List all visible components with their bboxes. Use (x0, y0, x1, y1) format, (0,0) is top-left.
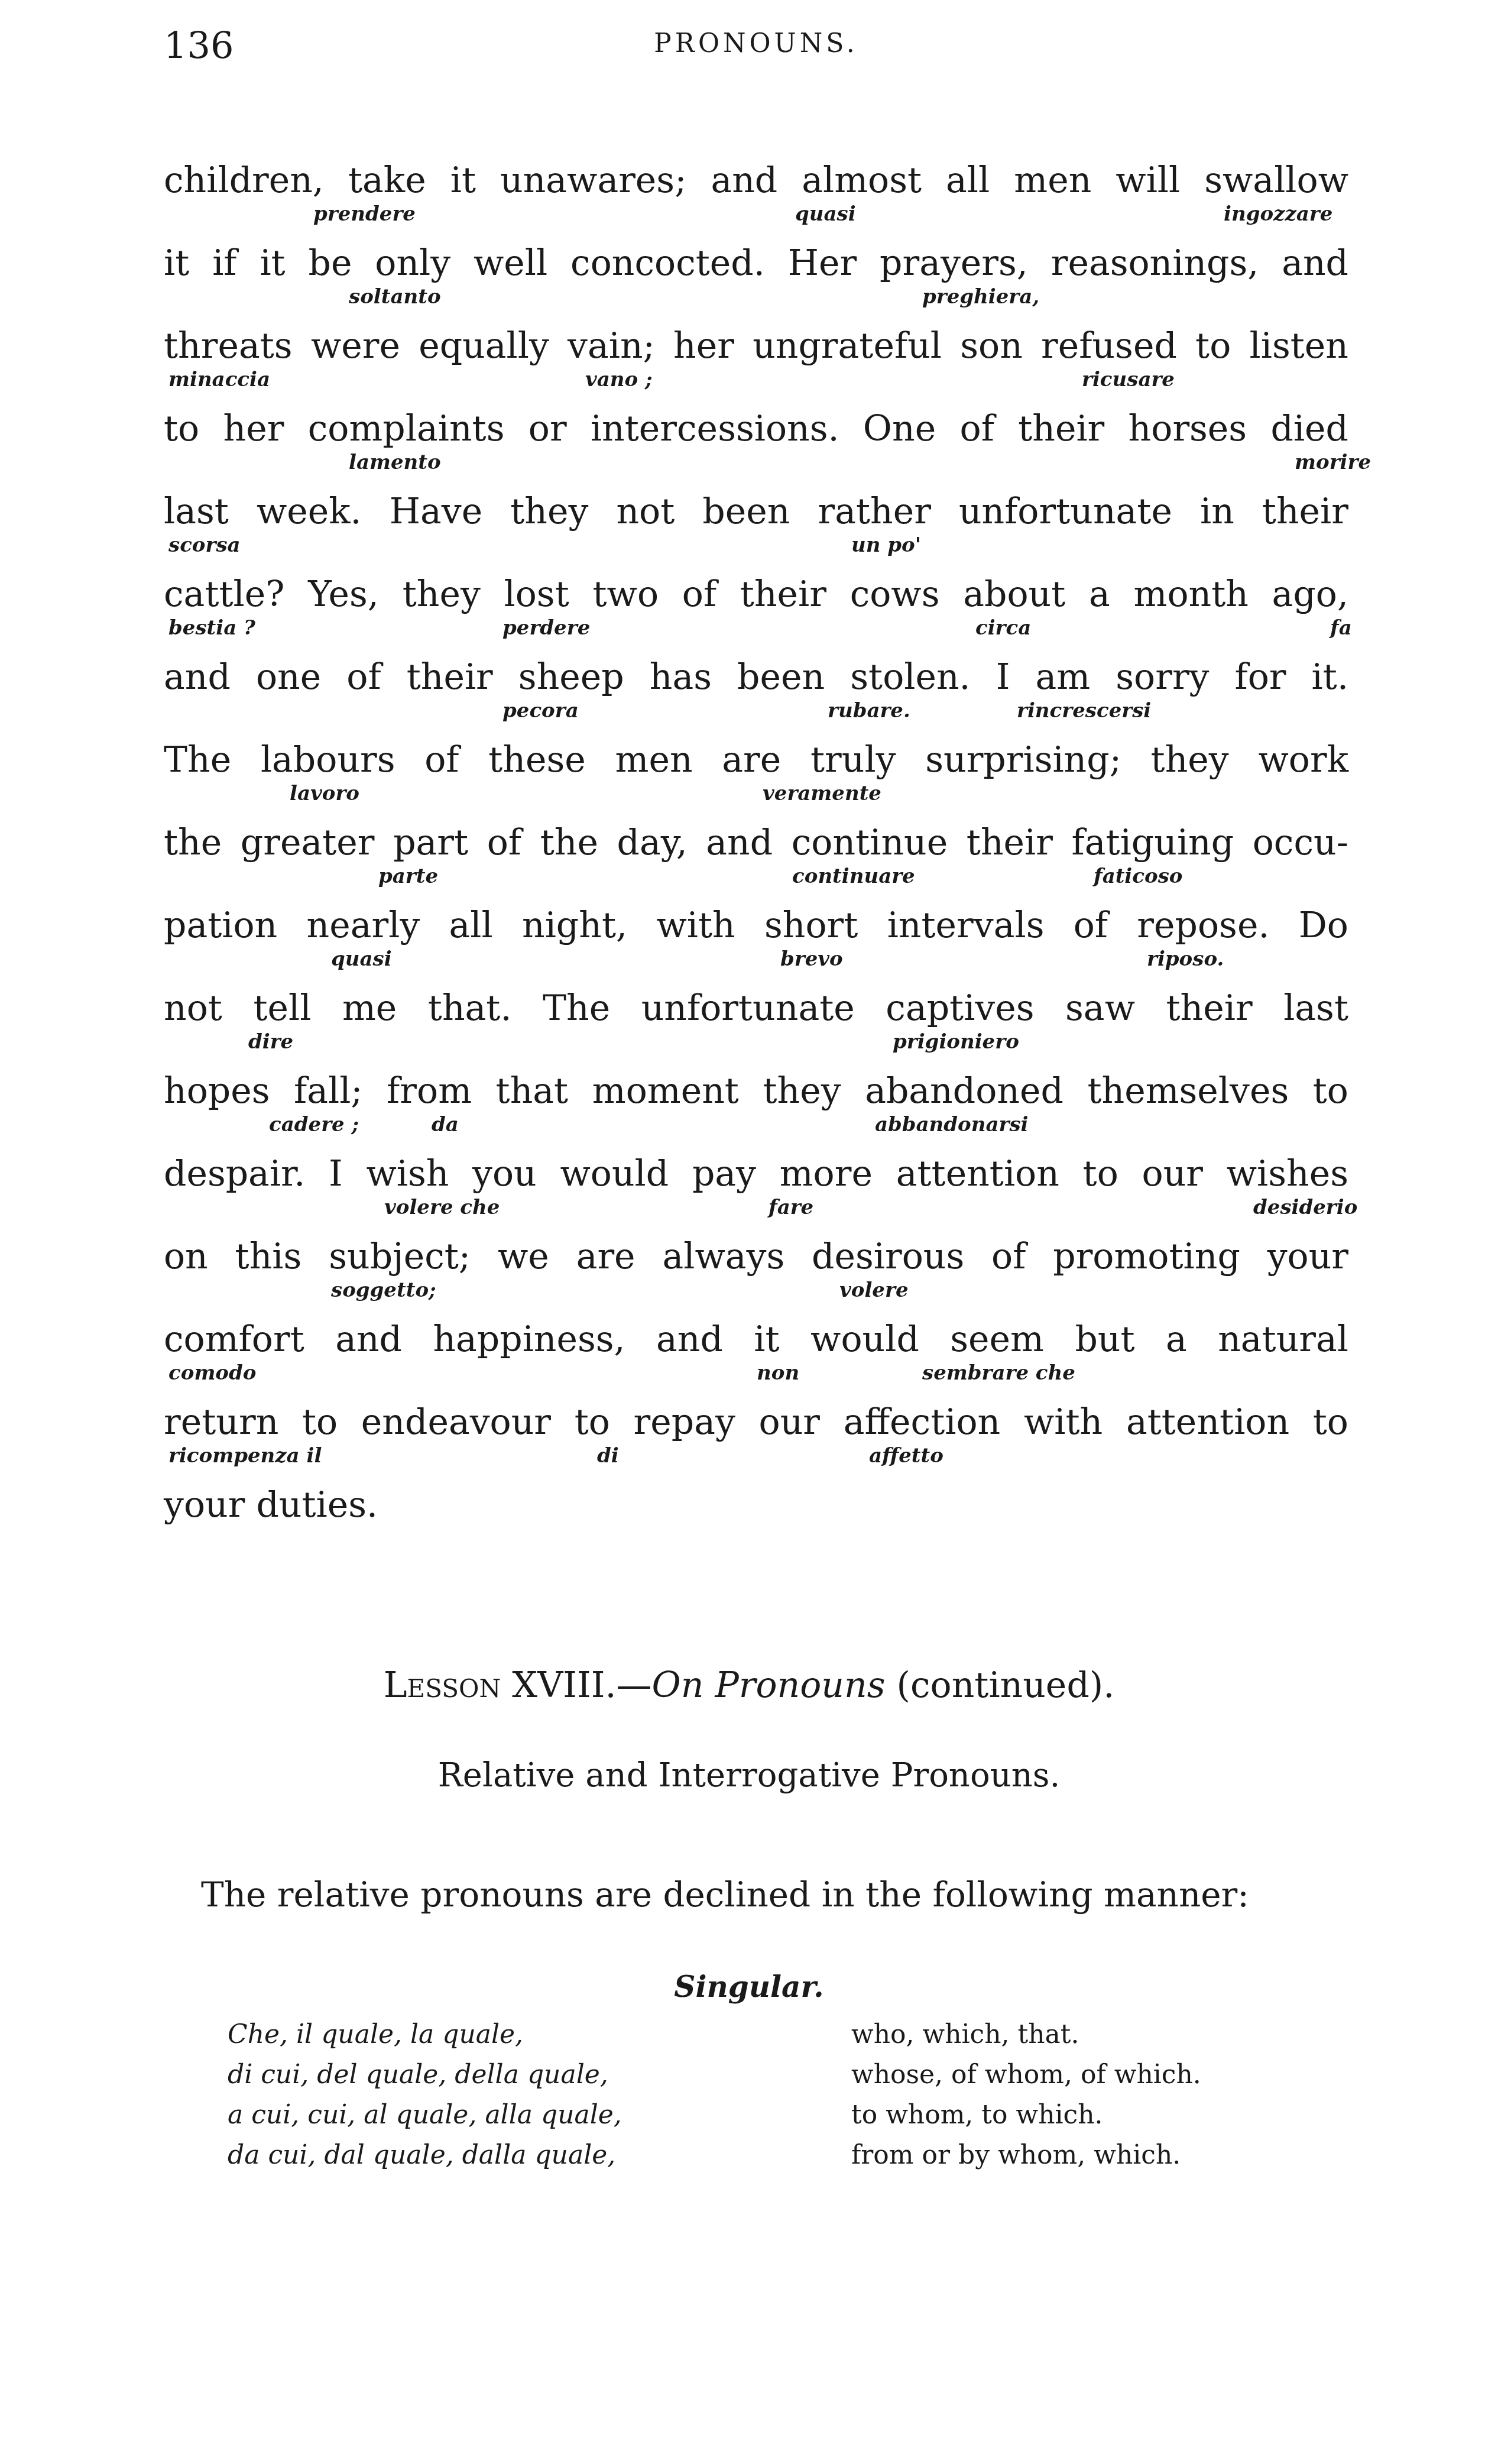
exercise-line: children, take it unawares; and almost a… (164, 160, 1348, 201)
italian-gloss: lamento (349, 451, 441, 474)
italian-gloss: un po' (851, 533, 921, 557)
italian-gloss: soltanto (349, 285, 441, 309)
subheading: Relative and Interrogative Pronouns. (0, 1756, 1498, 1795)
running-header: 136 PRONOUNS. (164, 24, 1348, 71)
italian-gloss: prendere (313, 202, 416, 226)
exercise-line: comfort and happiness, and it would seem… (164, 1319, 1348, 1360)
exercise-line: threats were equally vain; her ungratefu… (164, 325, 1348, 367)
italian-gloss: non (757, 1361, 799, 1385)
exercise-line: on this subject; we are always desirous … (164, 1236, 1348, 1277)
lesson-number: XVIII.— (512, 1665, 651, 1706)
italian-gloss: parte (378, 864, 438, 888)
italian-gloss: bestia ? (168, 616, 255, 640)
italian-gloss: sembrare che (922, 1361, 1075, 1385)
lesson-topic: On Pronouns (652, 1665, 886, 1706)
exercise-line: not tell me that. The unfortunate captiv… (164, 987, 1348, 1029)
italian-gloss: vano ; (585, 368, 653, 391)
italian-gloss: da (432, 1113, 459, 1137)
italian-gloss: fa (1330, 616, 1352, 640)
italian-gloss: fare (769, 1196, 813, 1219)
italian-gloss: lavoro (290, 782, 359, 805)
italian-gloss: veramente (763, 782, 881, 805)
italian-gloss: quasi (795, 202, 856, 226)
italian-gloss: rincrescersi (1017, 699, 1151, 723)
italian-gloss: pecora (502, 699, 579, 723)
italian-gloss: faticoso (1094, 864, 1182, 888)
italian-gloss: brevo (780, 947, 843, 971)
italian-gloss: riposo. (1147, 947, 1224, 971)
exercise-line: and one of their sheep has been stolen. … (164, 656, 1348, 698)
exercise-line: despair. I wish you would pay more atten… (164, 1153, 1348, 1194)
exercise-line: pation nearly all night, with short inte… (164, 905, 1348, 946)
english-meaning: who, which, that. (851, 2019, 1079, 2049)
italian-gloss: ricompenza il (168, 1444, 322, 1468)
italian-gloss: preghiera, (922, 285, 1039, 309)
italian-gloss: dire (248, 1030, 293, 1054)
italian-gloss: quasi (331, 947, 392, 971)
exercise-line: to her complaints or intercessions. One … (164, 408, 1348, 449)
italian-gloss: di (597, 1444, 619, 1468)
italian-gloss: ricusare (1082, 368, 1175, 391)
exercise-line: it if it be only well concocted. Her pra… (164, 242, 1348, 284)
section-title: Singular. (0, 1969, 1498, 2004)
italian-gloss: abbandonarsi (875, 1113, 1029, 1137)
italian-form: a cui, cui, al quale, alla quale, (228, 2100, 622, 2130)
exercise-line: return to endeavour to repay our affecti… (164, 1401, 1348, 1443)
italian-gloss: circa (975, 616, 1031, 640)
italian-gloss: minaccia (168, 368, 270, 391)
italian-form: da cui, dal quale, dalla quale, (228, 2140, 615, 2170)
italian-gloss: prigioniero (893, 1030, 1019, 1054)
lesson-label: Lesson (384, 1665, 501, 1706)
italian-gloss: affetto (869, 1444, 943, 1468)
italian-gloss: volere che (384, 1196, 500, 1219)
exercise-line: your duties. (164, 1484, 1348, 1526)
exercise-line: The labours of these men are truly surpr… (164, 739, 1348, 781)
italian-gloss: ingozzare (1224, 202, 1332, 226)
italian-form: Che, il quale, la quale, (228, 2019, 523, 2049)
english-meaning: to whom, to which. (851, 2100, 1103, 2130)
english-meaning: from or by whom, which. (851, 2140, 1181, 2170)
lesson-suffix: (continued). (885, 1665, 1114, 1706)
exercise-line: last week. Have they not been rather unf… (164, 491, 1348, 532)
italian-gloss: continuare (792, 864, 915, 888)
intro-paragraph: The relative pronouns are declined in th… (201, 1874, 1301, 1915)
italian-gloss: perdere (502, 616, 590, 640)
exercise-line: the greater part of the day, and continu… (164, 822, 1348, 863)
lesson-heading: Lesson XVIII.—On Pronouns (continued). (0, 1665, 1498, 1706)
english-meaning: whose, of whom, of which. (851, 2060, 1201, 2090)
italian-gloss: morire (1295, 451, 1371, 474)
exercise-line: cattle? Yes, they lost two of their cows… (164, 574, 1348, 615)
italian-gloss: scorsa (168, 533, 241, 557)
italian-gloss: cadere ; (269, 1113, 359, 1137)
italian-gloss: soggetto; (331, 1278, 436, 1302)
italian-gloss: volere (839, 1278, 909, 1302)
italian-form: di cui, del quale, della quale, (228, 2060, 608, 2090)
running-title: PRONOUNS. (164, 28, 1348, 59)
italian-gloss: desiderio (1253, 1196, 1357, 1219)
italian-gloss: rubare. (828, 699, 910, 723)
italian-gloss: comodo (168, 1361, 256, 1385)
exercise-line: hopes fall; from that moment they abando… (164, 1070, 1348, 1112)
